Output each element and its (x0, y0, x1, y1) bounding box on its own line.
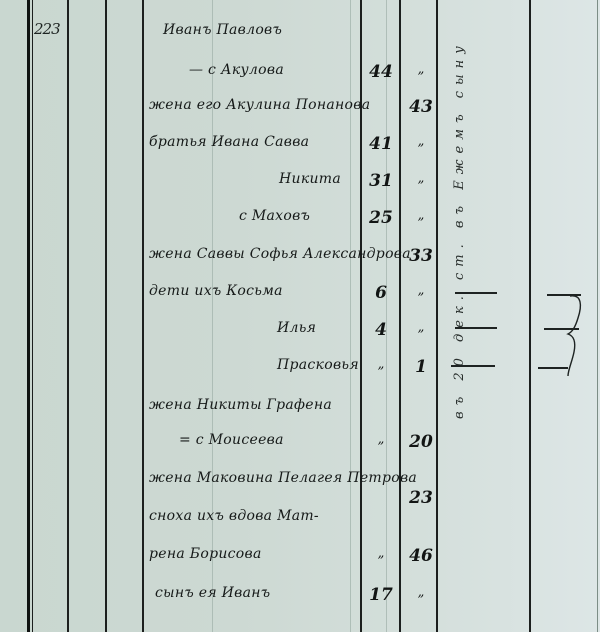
age-male: 44 (363, 62, 399, 82)
person-name: сноха ихъ вдова Мат- (149, 508, 319, 524)
register-row: дети ихъ Косьма6„ (143, 283, 600, 313)
register-row: братья Ивана Савва41„ (143, 134, 600, 164)
column-rule (32, 0, 33, 632)
person-name: сынъ ея Иванъ (155, 585, 270, 601)
age-male: „ (363, 357, 399, 372)
age-female: 46 (403, 546, 439, 566)
register-row: Иванъ Павловъ (143, 22, 600, 52)
register-page: 223 Иванъ Павловъ— с Акулова44„жена его … (0, 0, 600, 632)
person-name: Илья (277, 320, 316, 336)
person-name: жена Маковина Пелагея Петрова (149, 470, 417, 486)
age-female: 33 (403, 246, 439, 266)
person-name: = с Моисеева (179, 432, 284, 448)
person-name: жена Никиты Графена (149, 397, 332, 413)
register-row: жена его Акулина Понанова43 (143, 97, 600, 127)
age-male: 31 (363, 171, 399, 191)
age-female: „ (403, 62, 439, 77)
age-female: „ (403, 134, 439, 149)
register-row: Илья4„ (143, 320, 600, 350)
age-female: „ (403, 585, 439, 600)
dash-mark (455, 292, 497, 294)
person-name: дети ихъ Косьма (149, 283, 283, 299)
margin-note: въ 20 дек. ст. въ Ежемъ сыну (452, 40, 472, 620)
age-male: 41 (363, 134, 399, 154)
register-row: с Маховъ25„ (143, 208, 600, 238)
column-rule (105, 0, 107, 632)
age-female: „ (403, 171, 439, 186)
person-name: Иванъ Павловъ (163, 22, 282, 38)
person-name: рена Борисова (149, 546, 262, 562)
age-male: „ (363, 546, 399, 561)
register-row: сноха ихъ вдова Мат- (143, 508, 600, 538)
age-female: „ (403, 208, 439, 223)
age-female: 1 (403, 357, 439, 377)
age-male: 25 (363, 208, 399, 228)
brace-icon (566, 292, 590, 378)
column-rule (67, 0, 69, 632)
register-row: Никита31„ (143, 171, 600, 201)
column-rule (27, 0, 30, 632)
age-male: 6 (363, 283, 399, 303)
person-name: — с Акулова (189, 62, 284, 78)
person-name: Никита (279, 171, 341, 187)
register-row: жена Никиты Графена (143, 397, 600, 427)
age-male: „ (363, 432, 399, 447)
register-row: жена Саввы Софья Александрова33 (143, 246, 600, 276)
register-row: рена Борисова„46 (143, 546, 600, 576)
age-female: „ (403, 320, 439, 335)
dash-mark (538, 367, 568, 369)
age-female: 23 (403, 488, 439, 508)
age-female: „ (403, 283, 439, 298)
person-name: с Маховъ (239, 208, 310, 224)
age-female: 43 (403, 97, 439, 117)
dash-mark (455, 327, 497, 329)
person-name: братья Ивана Савва (149, 134, 309, 150)
register-row: — с Акулова44„ (143, 62, 600, 92)
register-row: = с Моисеева„20 (143, 432, 600, 462)
register-row: Прасковья„1 (143, 357, 600, 387)
register-row: сынъ ея Иванъ17„ (143, 585, 600, 615)
person-name: Прасковья (277, 357, 359, 373)
person-name: жена его Акулина Понанова (149, 97, 370, 113)
age-male: 17 (363, 585, 399, 605)
age-male: 4 (363, 320, 399, 340)
entry-number: 223 (34, 20, 68, 38)
person-name: жена Саввы Софья Александрова (149, 246, 411, 262)
dash-mark (451, 365, 495, 367)
age-female: 20 (403, 432, 439, 452)
